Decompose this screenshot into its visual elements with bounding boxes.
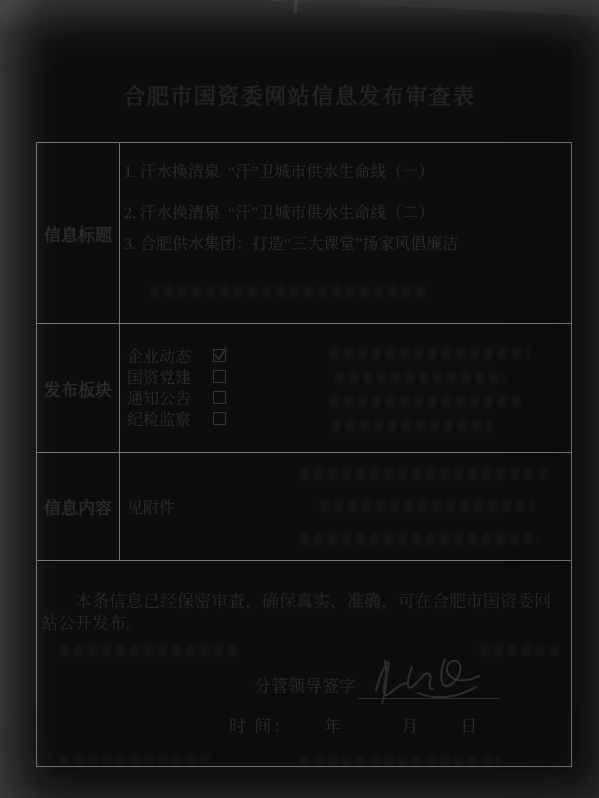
option-sasac-party: 国资党建 [127,366,571,387]
option-label: 国资党建 [127,365,213,388]
option-notices: 通知公告 [127,387,571,408]
checkbox-discipline-inspection [213,412,226,425]
table-row-statement: 本条信息已经保密审查，确保真实、准确，可在合肥市国资委网站公开发布。 分管领导签… [37,560,571,764]
info-title-item-1: 1. 汗水换清泉 “汗”卫城市供水生命线（一） [124,160,563,186]
option-label: 通知公告 [127,386,213,409]
paper-corner-shadow [0,0,46,34]
checkbox-enterprise-news [213,349,226,362]
statement-emphasis-true: 真实 [296,592,330,611]
info-title-cell: 1. 汗水换清泉 “汗”卫城市供水生命线（一） 2. 汗水换清泉 “汗”卫城市供… [120,143,571,323]
table-row-info-title: 信息标题 1. 汗水换清泉 “汗”卫城市供水生命线（一） 2. 汗水换清泉 “汗… [37,143,571,323]
statement-separator: 、 [330,592,347,611]
background-surface [266,0,599,18]
publish-section-cell: 企业动态 国资党建 通知公告 [120,324,571,452]
background-surface-edge [294,0,297,13]
row-label-info-title: 信息标题 [37,143,120,323]
option-discipline-inspection: 纪检监察 [127,408,571,429]
page-title: 合肥市国资委网站信息发布审查表 [0,80,599,111]
option-label: 纪检监察 [127,407,213,430]
document-photo: 合肥市国资委网站信息发布审查表 信息标题 1. 汗水换清泉 “汗”卫城市供水生命… [0,0,599,798]
info-title-item-3: 3. 合肥供水集团：打造“三大课堂”扬家风倡廉洁 [124,232,563,258]
option-label: 企业动态 [127,344,213,367]
info-content-cell: 见附件 [120,453,571,560]
statement-text: 本条信息已经保密审查，确保 [75,592,296,611]
info-title-item-2: 2. 汗水换清泉 “汗”卫城市供水生命线（二） [124,201,563,227]
row-label-info-content: 信息内容 [37,453,120,560]
date-day-label: 日 [460,715,479,739]
statement-cell: 本条信息已经保密审查，确保真实、准确，可在合肥市国资委网站公开发布。 分管领导签… [37,561,571,764]
checkbox-notices [213,391,226,404]
date-year-label: 年 [324,715,343,739]
date-row: 时 间： 年 月 日 [229,715,565,739]
table-row-info-content: 信息内容 见附件 [37,452,571,560]
signature-row: 分管领导签字 [254,674,565,699]
signature-line [358,674,500,699]
signature-label: 分管领导签字 [254,675,356,699]
option-enterprise-news: 企业动态 [127,345,571,366]
table-row-publish-section: 发布板块 企业动态 国资党建 [37,323,571,452]
review-form-table: 信息标题 1. 汗水换清泉 “汗”卫城市供水生命线（一） 2. 汗水换清泉 “汗… [36,142,572,767]
date-month-label: 月 [401,715,420,739]
statement-emphasis-accurate: 准确 [347,592,381,611]
row-label-publish-section: 发布板块 [37,324,120,452]
handwritten-signature [360,647,498,705]
confidentiality-statement: 本条信息已经保密审查，确保真实、准确，可在合肥市国资委网站公开发布。 [41,591,565,634]
info-content-value: 见附件 [120,453,571,560]
date-label: 时 间： [229,715,292,739]
checkbox-sasac-party [213,370,226,383]
